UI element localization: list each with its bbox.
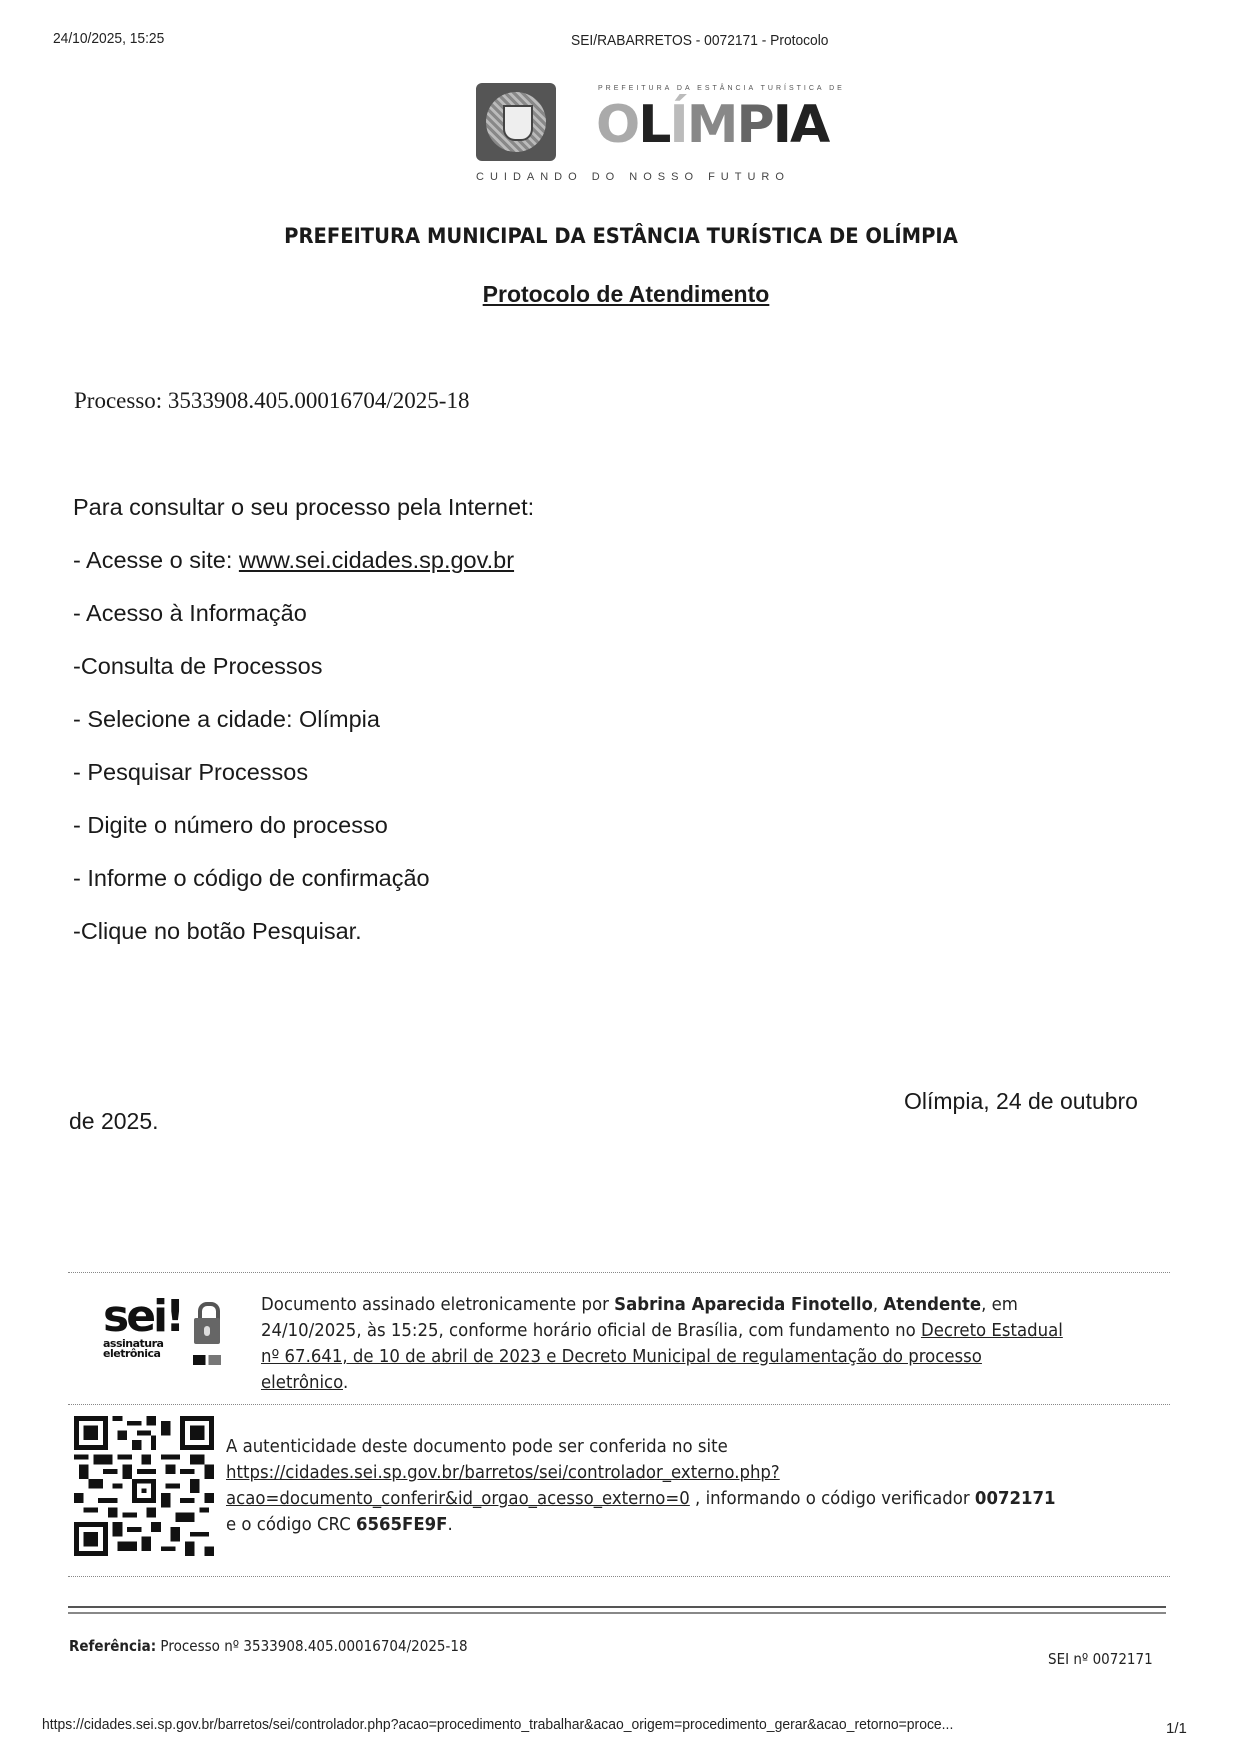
- lock-icon: [194, 1302, 220, 1346]
- instruction-step: -Consulta de Processos: [73, 653, 322, 680]
- date-line-2: de 2025.: [69, 1108, 159, 1135]
- print-doc-title: SEI/RABARRETOS - 0072171 - Protocolo: [571, 32, 828, 49]
- municipal-crest-icon: [476, 83, 556, 161]
- instruction-step: - Informe o código de confirmação: [73, 865, 430, 892]
- decree-link[interactable]: eletrônico: [261, 1373, 343, 1393]
- signer-role: Atendente: [883, 1295, 981, 1315]
- instruction-step: -Clique no botão Pesquisar.: [73, 918, 362, 945]
- processo-number: 3533908.405.00016704/2025-18: [168, 388, 470, 413]
- footer-rule: [68, 1606, 1166, 1614]
- print-datetime: 24/10/2025, 15:25: [53, 30, 164, 47]
- instruction-step: - Pesquisar Processos: [73, 759, 308, 786]
- logo-top-text: PREFEITURA DA ESTÂNCIA TURÍSTICA DE: [598, 85, 845, 92]
- signature-text: Documento assinado eletronicamente por S…: [261, 1292, 1126, 1396]
- instruction-step: - Acesse o site: www.sei.cidades.sp.gov.…: [73, 547, 514, 574]
- qr-code-icon: [74, 1416, 214, 1556]
- sei-site-link[interactable]: www.sei.cidades.sp.gov.br: [239, 547, 514, 573]
- verification-link[interactable]: acao=documento_conferir&id_orgao_acesso_…: [226, 1489, 690, 1509]
- page-title: Protocolo de Atendimento: [0, 281, 1242, 308]
- logo-tagline: CUIDANDO DO NOSSO FUTURO: [476, 171, 790, 183]
- instruction-step: - Selecione a cidade: Olímpia: [73, 706, 380, 733]
- divider: [68, 1576, 1170, 1577]
- logo-wordmark: OLÍMPIA: [596, 95, 828, 155]
- crc-code: 6565FE9F: [356, 1515, 447, 1535]
- signer-name: Sabrina Aparecida Finotello: [614, 1295, 873, 1315]
- key-icon: [193, 1355, 221, 1365]
- reference-line: Referência: Processo nº 3533908.405.0001…: [69, 1637, 468, 1655]
- verifier-code: 0072171: [975, 1489, 1056, 1509]
- decree-link[interactable]: nº 67.641, de 10 de abril de 2023 e Decr…: [261, 1347, 982, 1367]
- print-url: https://cidades.sei.sp.gov.br/barretos/s…: [42, 1716, 953, 1733]
- page-number: 1/1: [1166, 1720, 1187, 1737]
- processo-label: Processo:: [74, 388, 162, 413]
- date-line-1: Olímpia, 24 de outubro: [904, 1088, 1138, 1115]
- instructions-intro: Para consultar o seu processo pela Inter…: [73, 494, 534, 521]
- olimpia-logo: PREFEITURA DA ESTÂNCIA TURÍSTICA DE OLÍM…: [476, 83, 786, 188]
- decree-link[interactable]: Decreto Estadual: [921, 1321, 1063, 1341]
- divider: [68, 1404, 1170, 1405]
- divider: [68, 1272, 1170, 1273]
- authenticity-text: A autenticidade deste documento pode ser…: [226, 1434, 1128, 1538]
- instruction-step: - Acesso à Informação: [73, 600, 307, 627]
- institution-heading: PREFEITURA MUNICIPAL DA ESTÂNCIA TURÍSTI…: [43, 224, 1198, 248]
- instruction-step: - Digite o número do processo: [73, 812, 388, 839]
- verification-link[interactable]: https://cidades.sei.sp.gov.br/barretos/s…: [226, 1463, 780, 1483]
- sei-number: SEI nº 0072171: [1048, 1650, 1153, 1668]
- sei-signature-logo: sei! assinatura eletrônica: [103, 1295, 183, 1359]
- processo-line: Processo: 3533908.405.00016704/2025-18: [74, 388, 469, 414]
